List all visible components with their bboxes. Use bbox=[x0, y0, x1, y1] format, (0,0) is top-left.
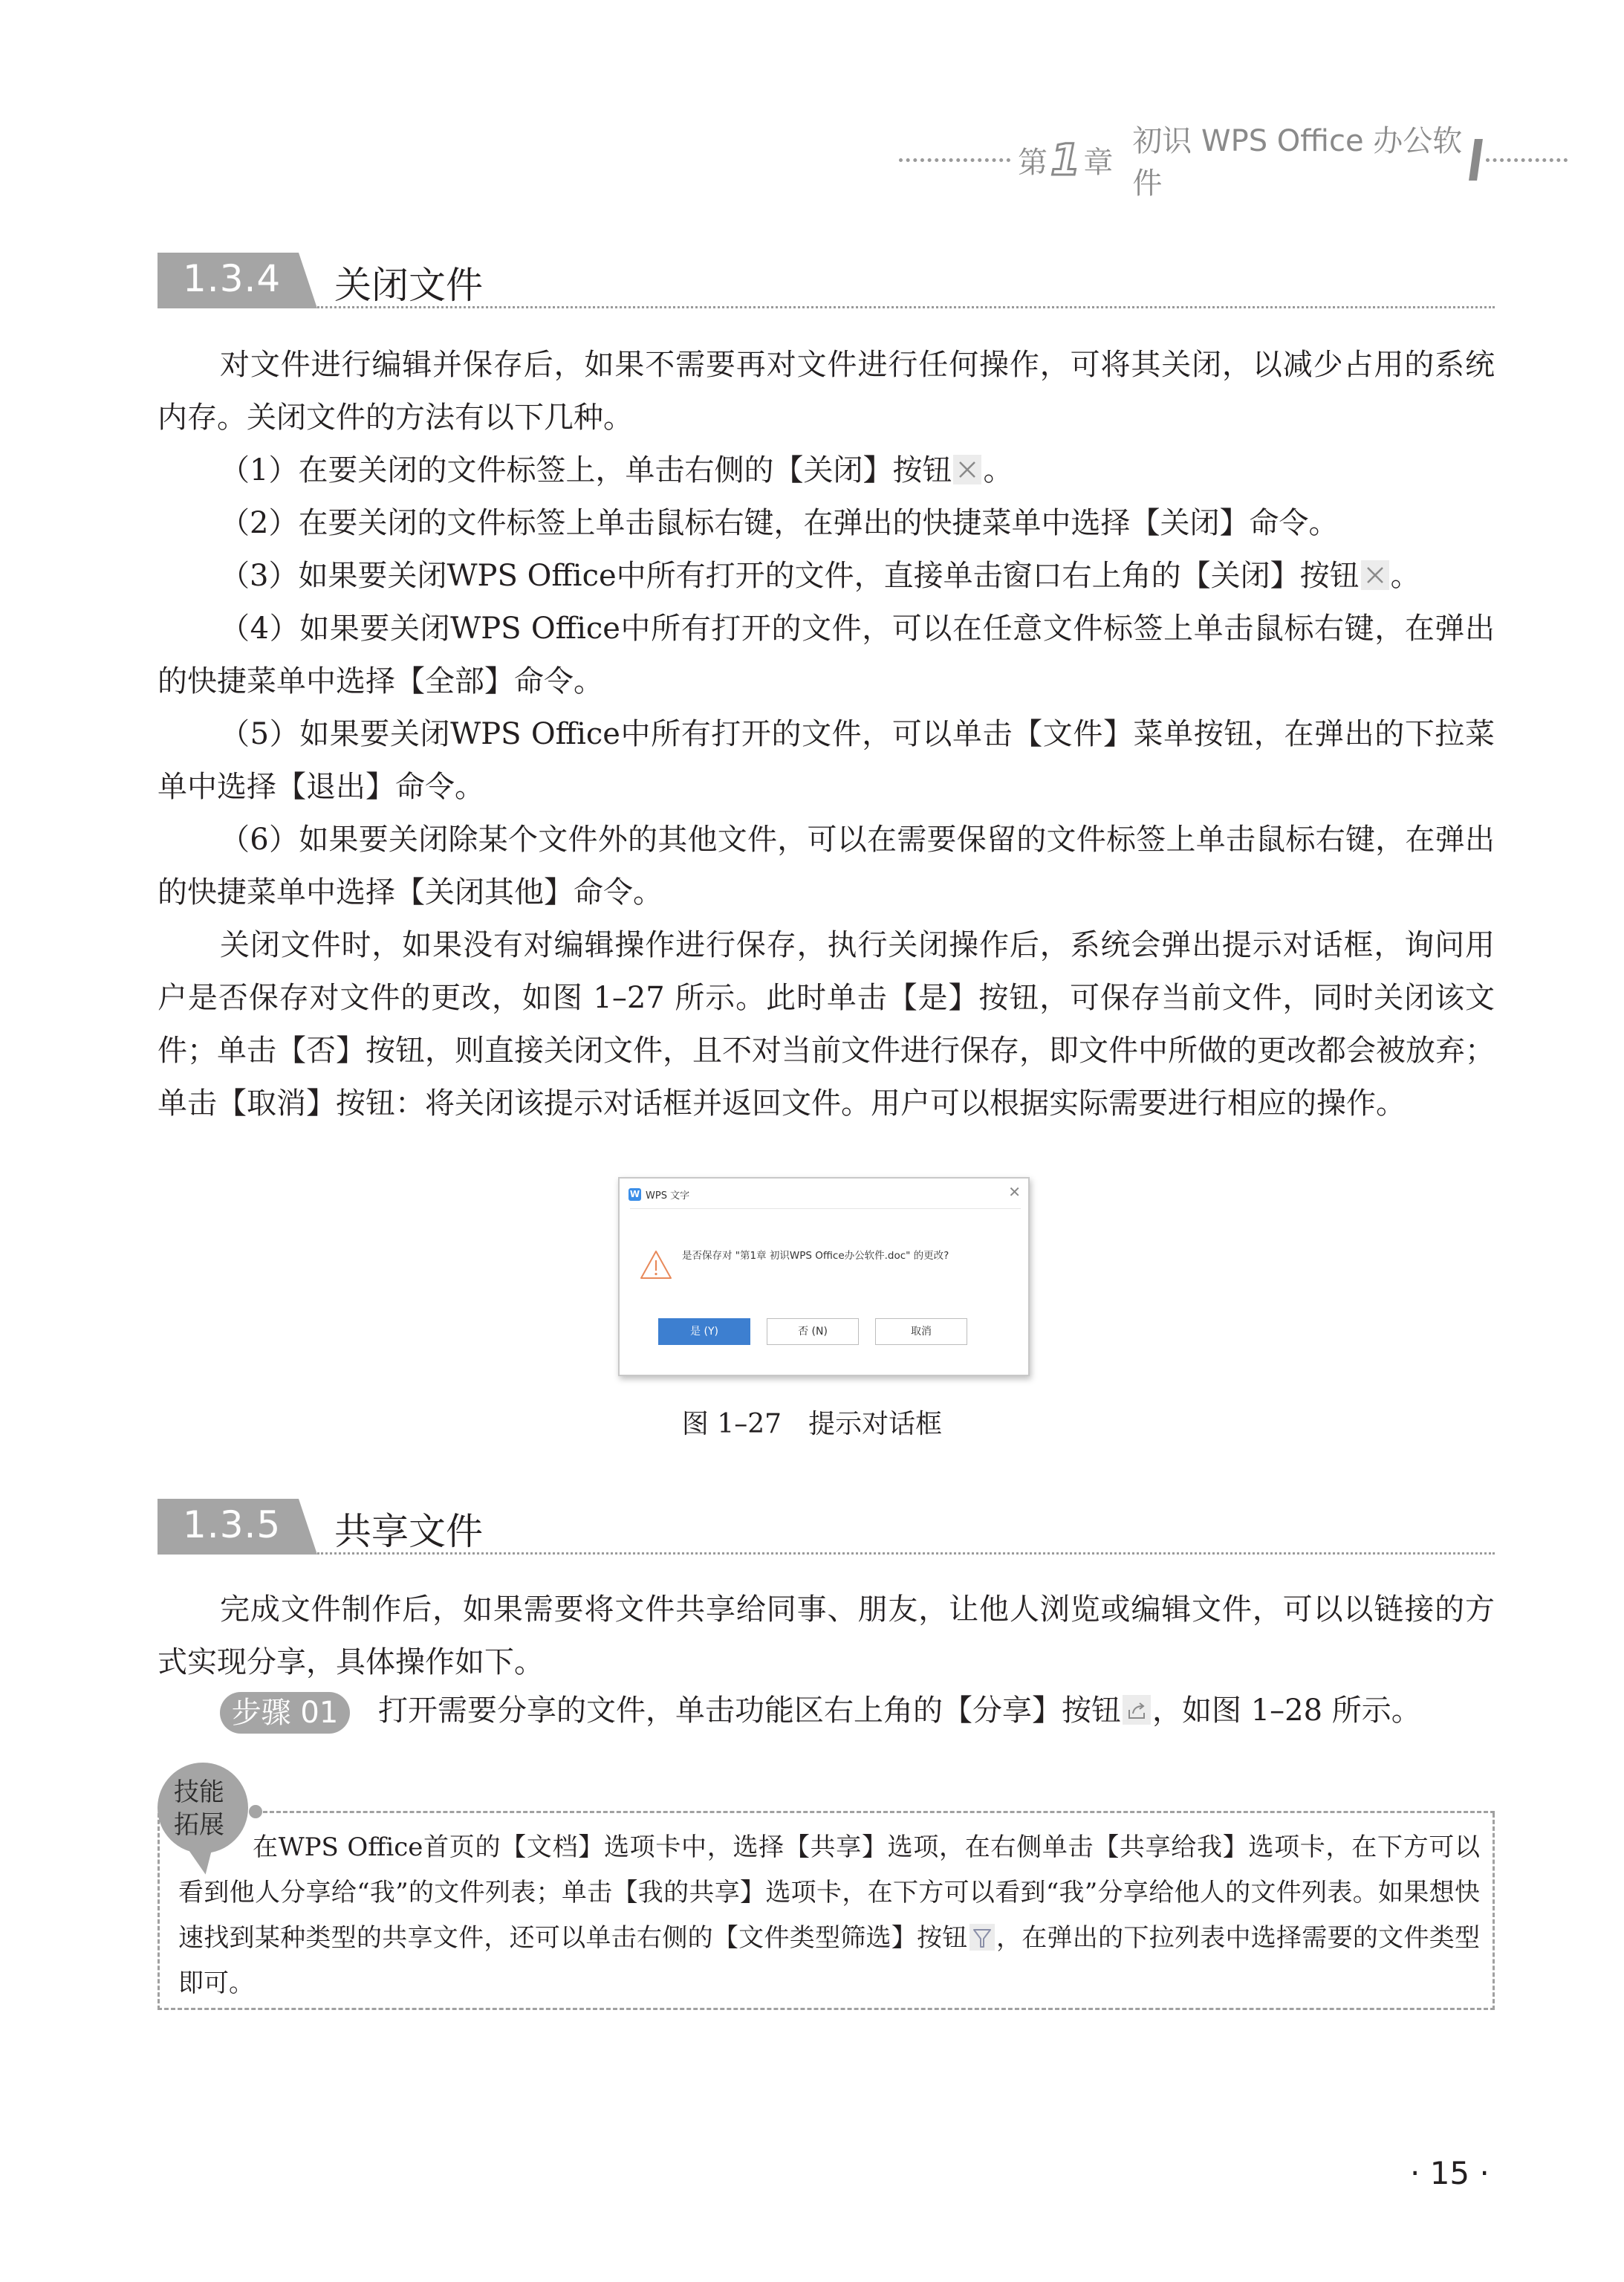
chapter-suffix: 章 bbox=[1083, 139, 1113, 181]
close-x-icon bbox=[953, 455, 981, 484]
header-dotted-rule-left bbox=[899, 158, 1010, 162]
intro-paragraph: 对文件进行编辑并保存后，如果不需要再对文件进行任何操作，可将其关闭，以减少占用的… bbox=[157, 339, 1495, 444]
chapter-title: 初识 WPS Office 办公软件 bbox=[1132, 117, 1466, 202]
tip-dashed-rule bbox=[256, 1811, 1495, 1813]
dialog-close-button[interactable]: ✕ bbox=[1008, 1184, 1021, 1199]
dialog-titlebar: W WPS 文字 bbox=[629, 1187, 689, 1202]
share-icon bbox=[1123, 1695, 1151, 1725]
save-prompt-dialog: W WPS 文字 ✕ 是否保存对 "第1章 初识WPS Office办公软件.d… bbox=[618, 1177, 1030, 1376]
chapter-number: 1 bbox=[1050, 138, 1080, 181]
method-3: （3）如果要关闭WPS Office中所有打开的文件，直接单击窗口右上角的【关闭… bbox=[157, 550, 1495, 603]
method-6: （6）如果要关闭除某个文件外的其他文件，可以在需要保留的文件标签上单击鼠标右键，… bbox=[157, 814, 1495, 919]
section-dotted-rule bbox=[317, 306, 1495, 308]
chapter-prefix: 第 bbox=[1018, 139, 1048, 181]
section-title: 共享文件 bbox=[334, 1502, 483, 1555]
header-dotted-rule-right bbox=[1486, 158, 1568, 162]
method-5: （5）如果要关闭WPS Office中所有打开的文件，可以单击【文件】菜单按钮，… bbox=[157, 708, 1495, 814]
figure-label: 图 1–27 bbox=[682, 1409, 782, 1439]
yes-button[interactable]: 是 (Y) bbox=[658, 1318, 750, 1345]
closing-paragraph: 关闭文件时，如果没有对编辑操作进行保存，执行关闭操作后，系统会弹出提示对话框，询… bbox=[157, 919, 1495, 1130]
method-1: （1）在要关闭的文件标签上，单击右侧的【关闭】按钮。 bbox=[157, 444, 1495, 497]
step-badge: 步骤 01 bbox=[220, 1692, 350, 1734]
method-4: （4）如果要关闭WPS Office中所有打开的文件，可以在任意文件标签上单击鼠… bbox=[157, 603, 1495, 708]
page-number: · 15 · bbox=[1410, 2155, 1490, 2191]
section-number: 1.3.5 bbox=[183, 1503, 281, 1546]
wps-logo-icon: W bbox=[629, 1188, 641, 1201]
warning-icon bbox=[639, 1249, 673, 1280]
running-header: 第 1 章 初识 WPS Office 办公软件 bbox=[899, 137, 1568, 182]
close-x-icon bbox=[1361, 560, 1389, 590]
dialog-message: 是否保存对 "第1章 初识WPS Office办公软件.doc" 的更改? bbox=[682, 1247, 979, 1265]
step-01: 步骤 01打开需要分享的文件，单击功能区右上角的【分享】按钮，如图 1–28 所… bbox=[157, 1685, 1495, 1737]
section-heading-1-3-4: 1.3.4 关闭文件 bbox=[157, 253, 1495, 308]
section-title: 关闭文件 bbox=[334, 256, 483, 309]
share-intro-paragraph: 完成文件制作后，如果需要将文件共享给同事、朋友，让他人浏览或编辑文件，可以以链接… bbox=[157, 1584, 1495, 1689]
section-number: 1.3.4 bbox=[183, 257, 281, 300]
section-dotted-rule bbox=[317, 1552, 1495, 1555]
filter-icon bbox=[969, 1924, 995, 1951]
section-heading-1-3-5: 1.3.5 共享文件 bbox=[157, 1499, 1495, 1555]
tip-text: 在WPS Office首页的【文档】选项卡中，选择【共享】选项，在右侧单击【共享… bbox=[178, 1825, 1480, 2006]
figure-caption: 图 1–27提示对话框 bbox=[0, 1403, 1624, 1441]
figure-title: 提示对话框 bbox=[808, 1409, 942, 1439]
tip-rule-dot bbox=[249, 1805, 262, 1818]
dialog-divider bbox=[630, 1208, 1021, 1209]
header-bar-decoration bbox=[1469, 139, 1483, 181]
method-2: （2）在要关闭的文件标签上单击鼠标右键，在弹出的快捷菜单中选择【关闭】命令。 bbox=[157, 497, 1495, 550]
cancel-button[interactable]: 取消 bbox=[875, 1318, 967, 1345]
dialog-title: WPS 文字 bbox=[646, 1187, 689, 1202]
no-button[interactable]: 否 (N) bbox=[767, 1318, 859, 1345]
